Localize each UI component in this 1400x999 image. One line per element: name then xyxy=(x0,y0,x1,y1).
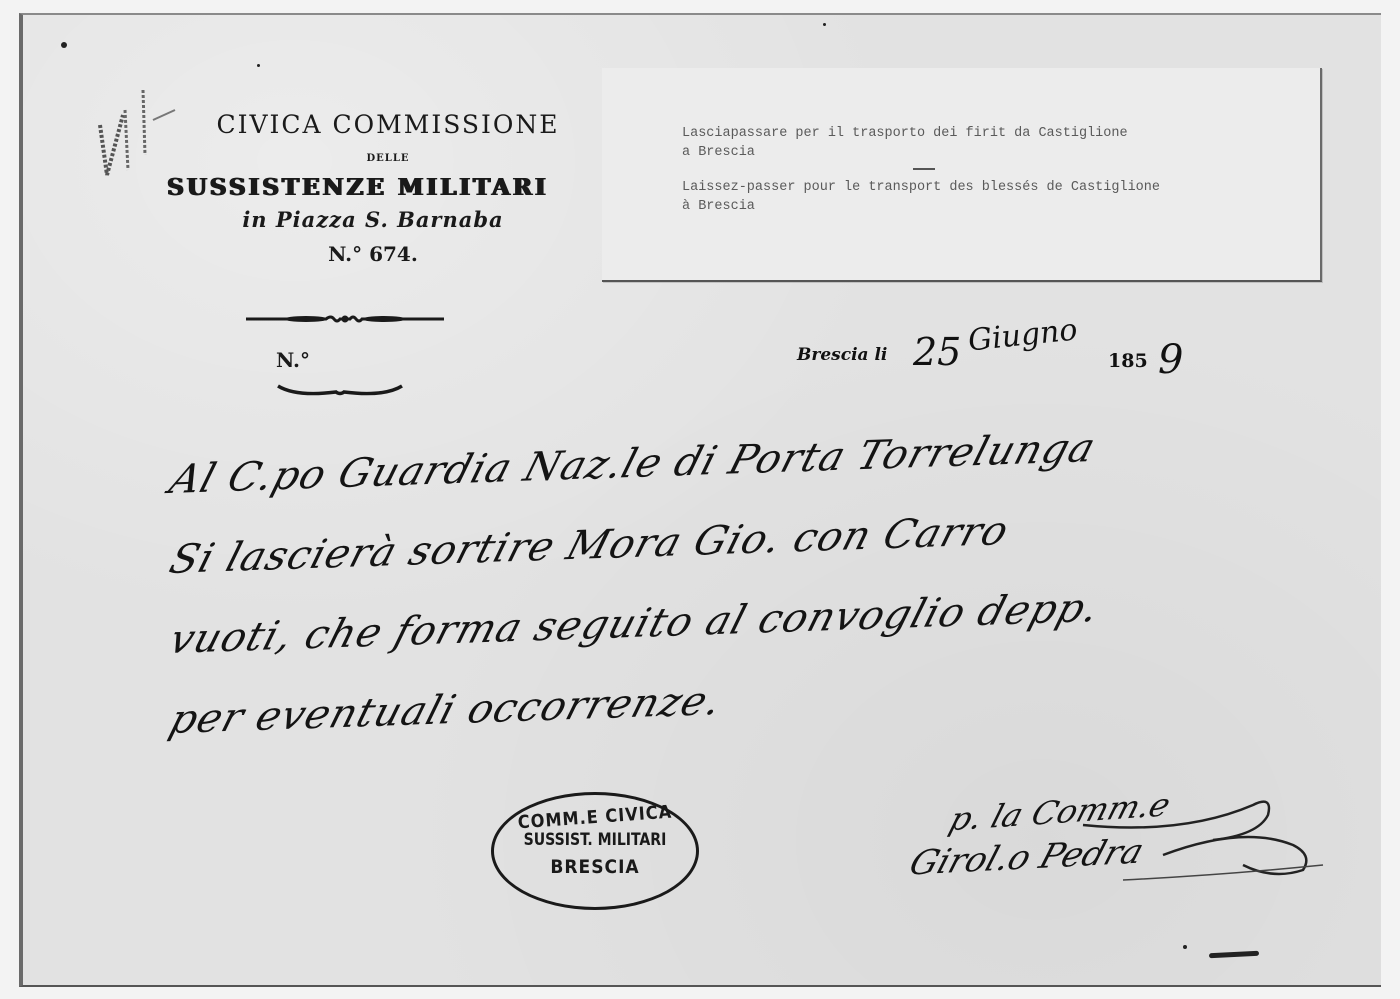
archive-caption-card: Lasciapassare per il trasporto dei firit… xyxy=(602,68,1322,282)
stamp-line2: SUSSIST. MILITARI xyxy=(502,830,688,850)
ink-stroke xyxy=(1209,951,1259,959)
document-photograph: CIVICA COMMISSIONE DELLE SUSSISTENZE MIL… xyxy=(19,13,1381,987)
ink-speck xyxy=(257,64,260,67)
brace-ornament xyxy=(276,383,404,399)
dateline-month: Giugno xyxy=(966,312,1079,358)
caption-separator xyxy=(913,168,935,170)
ink-speck xyxy=(1183,945,1187,949)
letterhead: CIVICA COMMISSIONE DELLE SUSSISTENZE MIL… xyxy=(123,110,593,266)
ink-speck xyxy=(61,42,67,48)
caption-italian-line1: Lasciapassare per il trasporto dei firit… xyxy=(682,124,1160,143)
handwritten-body: Al C.po Guardia Naz.le di Porta Torrelun… xyxy=(171,440,1291,760)
official-stamp: COMM.E CIVICA SUSSIST. MILITARI BRESCIA xyxy=(491,792,699,910)
dateline-place: Brescia li xyxy=(797,345,887,365)
letterhead-address: in Piazza S. Barnaba xyxy=(153,207,593,232)
caption-french-line2: à Brescia xyxy=(682,197,1160,216)
dateline-year-handwritten: 9 xyxy=(1158,337,1183,383)
letterhead-title: CIVICA COMMISSIONE xyxy=(183,110,593,139)
dateline-day: 25 xyxy=(913,330,961,374)
caption-french-line1: Laissez-passer pour le transport des ble… xyxy=(682,178,1160,197)
dateline-year-printed: 185 xyxy=(1108,350,1148,372)
number-label: N.° xyxy=(276,348,310,372)
letterhead-delle: DELLE xyxy=(183,153,593,164)
letterhead-number: N.° 674. xyxy=(153,242,593,266)
signature-flourish xyxy=(1063,795,1363,895)
caption-italian-line2: a Brescia xyxy=(682,143,1160,162)
stamp-line3: BRESCIA xyxy=(494,856,696,878)
caption-text: Lasciapassare per il trasporto dei firit… xyxy=(682,124,1160,216)
ornamental-rule xyxy=(246,313,444,325)
ink-speck xyxy=(823,23,826,26)
letterhead-subtitle: SUSSISTENZE MILITARI xyxy=(123,174,593,201)
